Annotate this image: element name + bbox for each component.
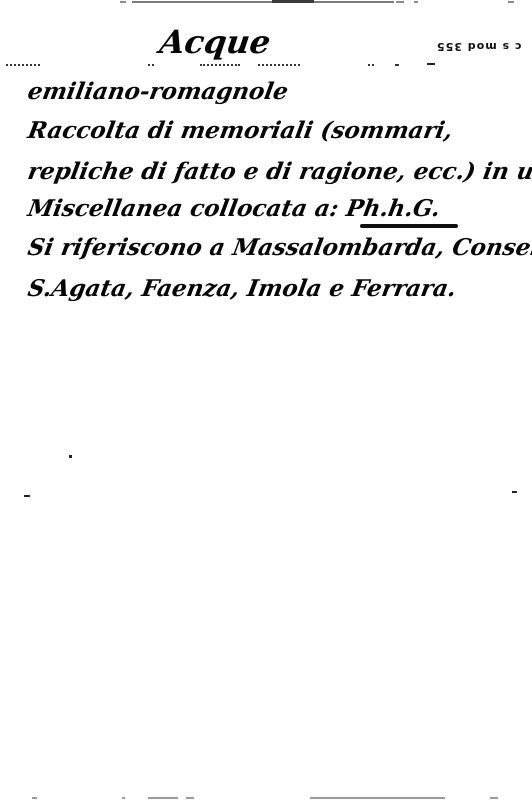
bottom-edge-mark	[310, 797, 445, 799]
top-edge-tick	[414, 1, 418, 3]
heading-rule-mid	[200, 64, 240, 67]
bottom-edge-mark	[148, 797, 178, 799]
top-edge-tick	[120, 1, 126, 3]
bottom-edge-mark	[32, 797, 37, 799]
top-edge-rule-dark	[272, 0, 314, 3]
handwritten-line-5: Si riferiscono a Massalombarda, Conselic…	[26, 236, 532, 259]
stamp-dash	[427, 63, 435, 65]
heading-rule-right	[258, 64, 300, 67]
bottom-edge-mark	[122, 797, 125, 799]
heading-rule-left	[6, 64, 40, 67]
scan-speck	[69, 455, 72, 458]
top-edge-tick	[508, 1, 514, 3]
handwritten-line-2: Raccolta di memoriali (sommari,	[26, 119, 455, 142]
heading-rule-tick	[395, 64, 399, 67]
bottom-edge-mark	[490, 797, 498, 799]
shelfmark-underline	[360, 224, 458, 228]
handwritten-line-1: emiliano-romagnole	[26, 80, 290, 103]
archival-index-card: Acque c s mod 355 emiliano-romagnole Rac…	[0, 0, 532, 800]
heading-rule-tick	[148, 64, 154, 67]
card-heading: Acque	[158, 26, 273, 58]
bottom-edge-mark	[186, 797, 194, 799]
handwritten-line-6: S.Agata, Faenza, Imola e Ferrara.	[26, 277, 458, 300]
top-edge-tick	[396, 1, 404, 3]
top-edge-rule	[132, 1, 394, 3]
handwritten-line-4: Miscellanea collocata a: Ph.h.G.	[26, 197, 442, 220]
scan-speck	[24, 495, 30, 497]
scan-speck	[512, 491, 517, 493]
heading-rule-tick	[368, 64, 374, 67]
catalog-stamp: c s mod 355	[436, 40, 521, 53]
handwritten-line-3: repliche di fatto e di ragione, ecc.) in…	[26, 160, 532, 183]
